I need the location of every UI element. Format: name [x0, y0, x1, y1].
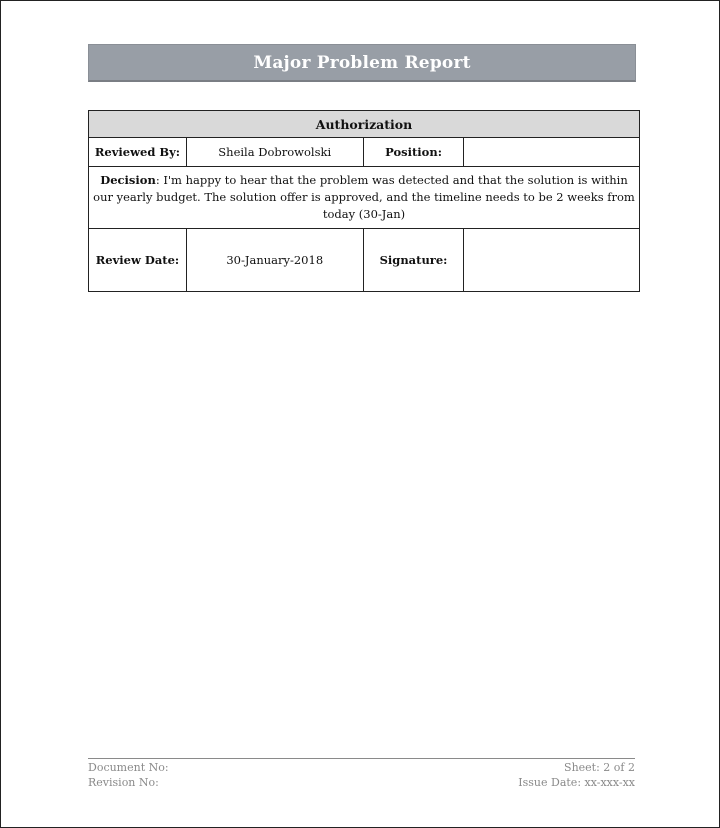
- review-date-label: Review Date:: [89, 229, 187, 292]
- page-footer: Document No: Sheet: 2 of 2 Revision No: …: [88, 760, 635, 790]
- reviewed-by-value: Sheila Dobrowolski: [186, 138, 363, 167]
- report-title: Major Problem Report: [253, 53, 470, 73]
- position-value: [464, 138, 640, 167]
- authorization-header: Authorization: [89, 111, 640, 138]
- reviewed-by-label: Reviewed By:: [89, 138, 187, 167]
- decision-cell: Decision: I'm happy to hear that the pro…: [89, 167, 640, 229]
- reviewer-row: Reviewed By: Sheila Dobrowolski Position…: [89, 138, 640, 167]
- document-no: Document No:: [88, 760, 169, 775]
- position-label: Position:: [363, 138, 464, 167]
- decision-label: Decision: [100, 173, 156, 187]
- footer-divider: [88, 758, 635, 759]
- review-date-value: 30-January-2018: [186, 229, 363, 292]
- revision-no: Revision No:: [88, 775, 159, 790]
- signature-label: Signature:: [363, 229, 464, 292]
- decision-text: : I'm happy to hear that the problem was…: [93, 173, 635, 221]
- authorization-header-row: Authorization: [89, 111, 640, 138]
- document-page: Major Problem Report Authorization Revie…: [0, 0, 720, 828]
- signature-value: [464, 229, 640, 292]
- review-date-row: Review Date: 30-January-2018 Signature:: [89, 229, 640, 292]
- authorization-table: Authorization Reviewed By: Sheila Dobrow…: [88, 110, 640, 292]
- issue-date: Issue Date: xx-xxx-xx: [518, 775, 635, 790]
- decision-row: Decision: I'm happy to hear that the pro…: [89, 167, 640, 229]
- report-title-bar: Major Problem Report: [88, 44, 636, 82]
- sheet-number: Sheet: 2 of 2: [564, 760, 635, 775]
